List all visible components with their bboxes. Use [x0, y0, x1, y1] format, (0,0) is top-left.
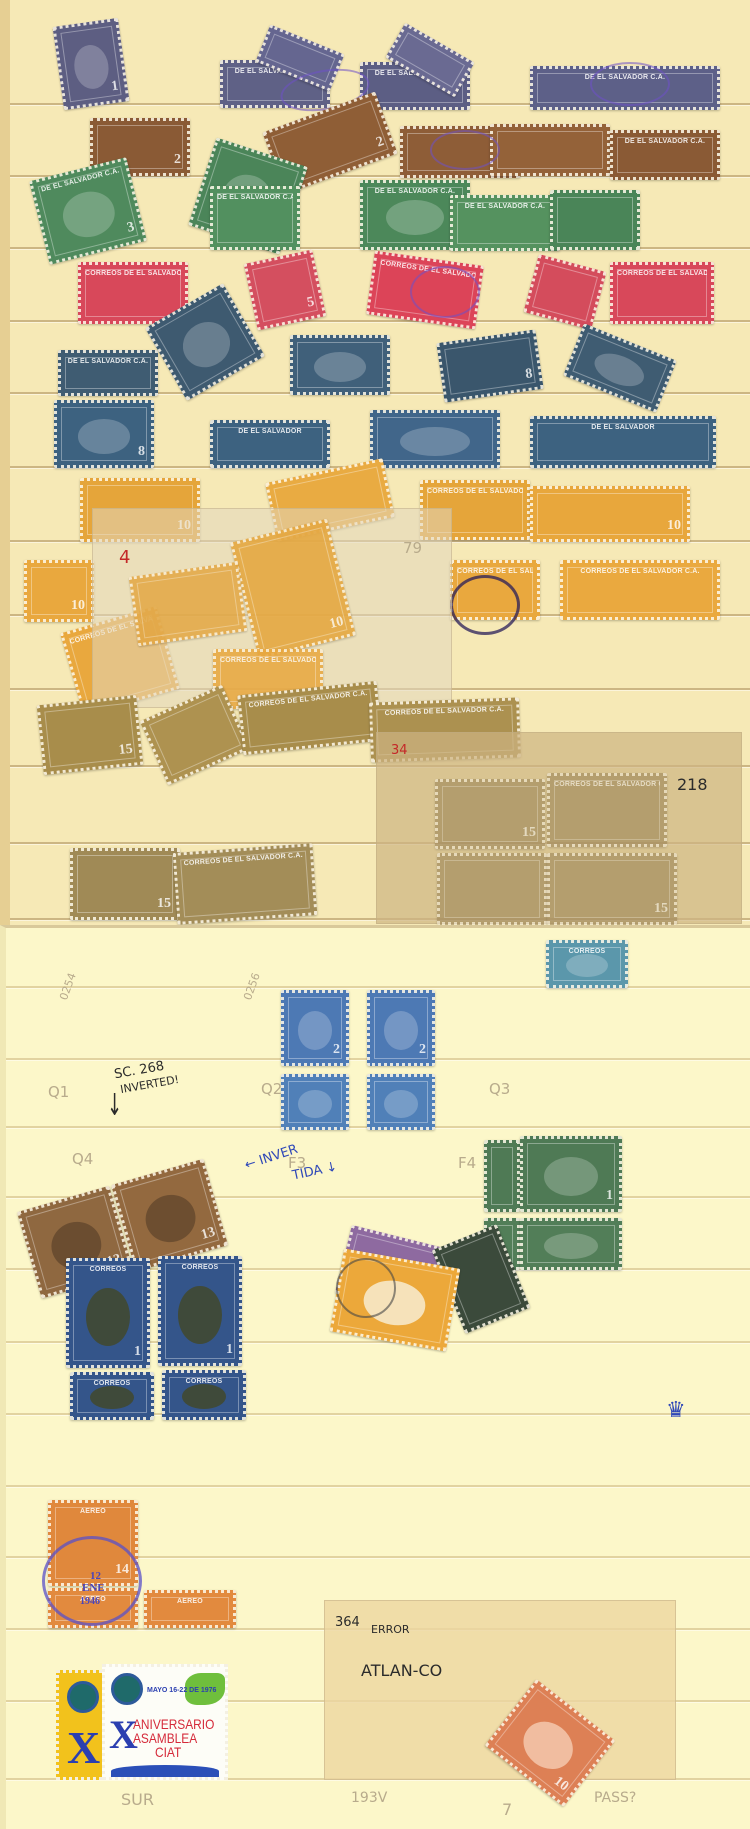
error-note: ERROR — [371, 1623, 410, 1636]
pencil-note: 7 — [502, 1800, 512, 1819]
stamp: 15 — [70, 848, 180, 920]
stamp — [520, 1218, 622, 1270]
stamp: CORREOS DE EL SALVADOR C.A. — [173, 843, 318, 925]
ciat-logo-icon — [111, 1673, 143, 1705]
stamp — [550, 190, 640, 250]
glassine-envelope: 364 ERROR ATLAN-CO 10 — [324, 1600, 676, 1780]
pencil-note: 79 — [403, 539, 422, 557]
pencil-note-q1: Q1 — [48, 1083, 69, 1101]
sea-graphic — [111, 1765, 219, 1777]
stamp: 8 — [54, 400, 154, 468]
crest-doodle-icon: ♛ — [666, 1398, 686, 1423]
stamp — [281, 1074, 349, 1130]
stamp: CORREOS — [546, 940, 628, 988]
postmark — [410, 266, 480, 318]
pencil-note-q3: Q3 — [489, 1080, 510, 1098]
ciat-logo-icon — [67, 1681, 99, 1713]
stamp: 15 — [547, 853, 677, 925]
stockbook-page-top: 1 DE EL SALVADOR C.A. DE EL SALVADOR C.A… — [0, 0, 750, 925]
stamp: 5 — [244, 249, 327, 330]
pencil-note-q2: Q2 — [261, 1080, 282, 1098]
stamp: CORREOS DE EL SALVADOR C.A. — [610, 262, 714, 324]
stamp — [290, 335, 390, 395]
stamp: CORREOS — [162, 1370, 246, 1420]
stamp: CORREOS1 — [158, 1256, 242, 1366]
stamp: DE EL SALVADOR — [210, 420, 330, 468]
stamp: 2 — [367, 990, 435, 1066]
stamp: DE EL SALVADOR C.A. — [450, 195, 560, 251]
stamp: DE EL SALVADOR — [530, 416, 716, 468]
strip-divider — [6, 1485, 750, 1487]
pencil-note: 193V — [351, 1790, 387, 1806]
stamp: CORREOS1 — [66, 1258, 150, 1368]
postmark — [450, 575, 520, 635]
ciat-stamp: MAYO 16-22 DE 1976 X ANIVERSARIO ASAMBLE… — [102, 1664, 228, 1780]
stockbook-page-bottom: CORREOS 0254 0256 2 2 Q1 Q2 Q3 SC. 268 I… — [0, 925, 750, 1829]
pencil-note-q4: Q4 — [72, 1150, 93, 1168]
catalog-number: 364 — [335, 1615, 360, 1630]
stamp — [367, 1074, 435, 1130]
glassine-envelope: 15 CORREOS DE EL SALVADOR C.A. 15 34 218 — [376, 732, 742, 924]
stamp: AEREO — [144, 1590, 236, 1628]
postmark — [430, 130, 500, 170]
stamp: 1 — [520, 1136, 622, 1212]
atlantico-note: ATLAN-CO — [361, 1661, 442, 1680]
pencil-note: SUR — [121, 1790, 154, 1809]
stamp: DE EL SALVADOR C.A. — [610, 130, 720, 180]
stamp — [129, 562, 248, 647]
stamp: CORREOS DE EL SALVADOR C.A. — [547, 773, 667, 847]
stamp: 10 — [230, 519, 356, 660]
stamp — [437, 853, 547, 925]
pencil-note-f4: F4 — [458, 1154, 476, 1172]
glassine-envelope: 10 CORREOS DE EL SALVADOR C.A. 4 79 — [92, 508, 452, 708]
stamp — [484, 1140, 520, 1212]
stamp: DE EL SALVADOR C.A. — [210, 186, 300, 250]
stamp: 15 — [37, 695, 144, 775]
stamp: 15 — [435, 779, 545, 849]
stamp: 10 — [485, 1679, 616, 1807]
stamp — [563, 323, 677, 412]
pencil-note: 218 — [677, 775, 708, 794]
stamp — [490, 124, 610, 176]
stamp: 1 — [52, 18, 129, 110]
stamp: 10 — [530, 486, 690, 542]
stamp — [370, 410, 500, 468]
stamp — [523, 254, 606, 330]
postmark — [590, 62, 670, 106]
stamp: CORREOS DE EL SALVADOR C.A. — [560, 560, 720, 620]
pencil-note: PASS? — [594, 1790, 636, 1806]
postmark-year: 1946 — [80, 1596, 100, 1607]
stamp: DE EL SALVADOR C.A. — [58, 350, 158, 396]
stamp: 2 — [281, 990, 349, 1066]
postmark — [336, 1258, 396, 1318]
glassine-number: 34 — [391, 743, 408, 758]
stamp: 10 — [24, 560, 94, 622]
strip-divider — [6, 986, 750, 988]
stamp: CORREOS — [70, 1372, 154, 1420]
arrow-down-icon: ↓ — [107, 1088, 122, 1123]
postmark-day: 12 — [90, 1570, 101, 1582]
postmark-month: ENE — [82, 1582, 105, 1594]
glassine-number: 4 — [119, 547, 130, 568]
